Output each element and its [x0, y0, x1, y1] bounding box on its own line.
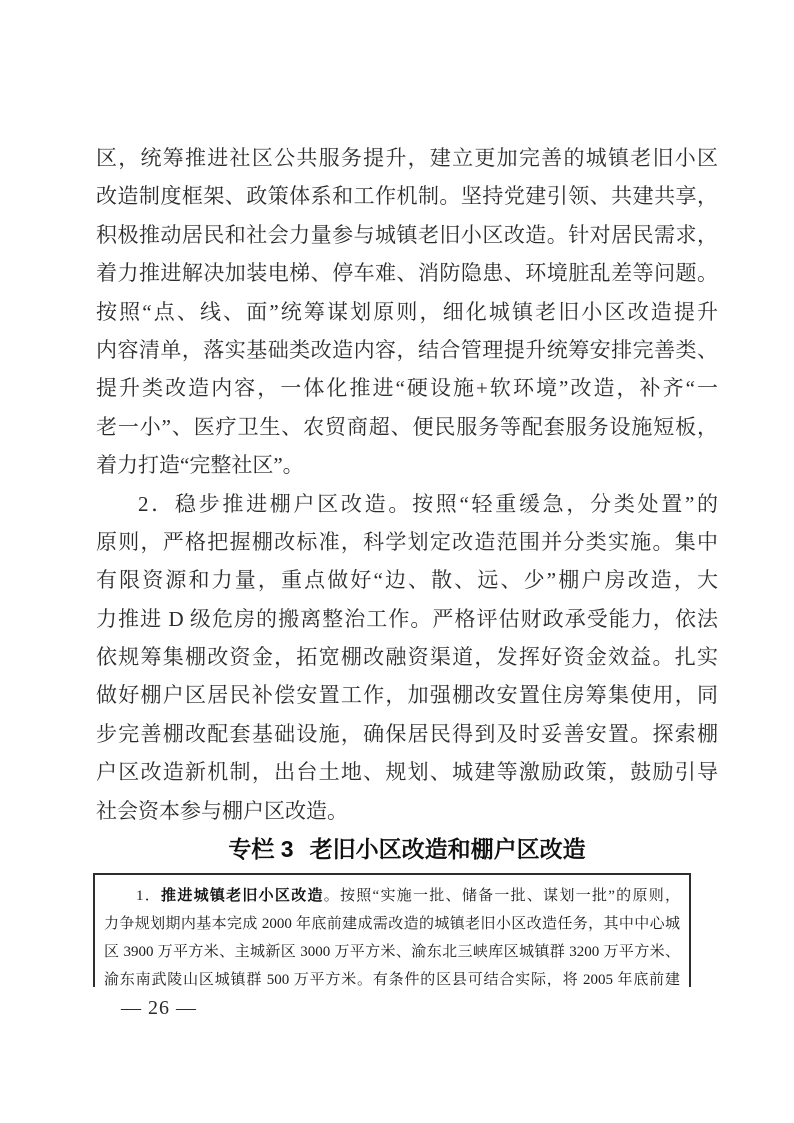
text-line: 户区改造新机制，出台土地、规划、城建等激励政策，鼓励引导 — [96, 753, 718, 791]
document-page: 区，统筹推进社区公共服务提升，建立更加完善的城镇老旧小区 改造制度框架、政策体系… — [0, 0, 794, 1123]
panel-line: 1．推进城镇老旧小区改造。按照“实施一批、储备一批、谋划一批”的原则， — [104, 882, 680, 910]
panel-heading: 专栏 3老旧小区改造和棚户区改造 — [96, 834, 718, 864]
text-line: 步完善棚改配套基础设施，确保居民得到及时妥善安置。探索棚 — [96, 715, 718, 753]
page-number: — 26 — — [121, 995, 197, 1021]
panel-line: 力争规划期内基本完成 2000 年底前建成需改造的城镇老旧小区改造任务，其中中心… — [104, 910, 680, 938]
text-line: 着力推进解决加装电梯、停车难、消防隐患、环境脏乱差等问题。 — [96, 254, 718, 292]
panel-heading-title: 老旧小区改造和棚户区改造 — [310, 836, 586, 862]
panel-item-number: 1． — [136, 888, 161, 904]
panel-item-lead: 推进城镇老旧小区改造 — [161, 888, 324, 904]
text-line: 原则，严格把握棚改标准，科学划定改造范围并分类实施。集中 — [96, 523, 718, 561]
panel-line: 区 3900 万平方米、主城新区 3000 万平方米、渝东北三峡库区城镇群 32… — [104, 938, 680, 966]
panel-box: 1．推进城镇老旧小区改造。按照“实施一批、储备一批、谋划一批”的原则， 力争规划… — [93, 873, 691, 987]
text-line: 做好棚户区居民补偿安置工作，加强棚改安置住房筹集使用，同 — [96, 676, 718, 714]
body-text: 区，统筹推进社区公共服务提升，建立更加完善的城镇老旧小区 改造制度框架、政策体系… — [96, 139, 718, 830]
paragraph-2: 2．稳步推进棚户区改造。按照“轻重缓急，分类处置”的 原则，严格把握棚改标准，科… — [96, 485, 718, 831]
panel-item-text: 。按照“实施一批、储备一批、谋划一批”的原则， — [324, 888, 680, 904]
text-line: 积极推动居民和社会力量参与城镇老旧小区改造。针对居民需求， — [96, 216, 718, 254]
text-line: 有限资源和力量，重点做好“边、散、远、少”棚户房改造，大 — [96, 561, 718, 599]
text-line: 按照“点、线、面”统筹谋划原则，细化城镇老旧小区改造提升 — [96, 293, 718, 331]
text-line: 改造制度框架、政策体系和工作机制。坚持党建引领、共建共享， — [96, 177, 718, 215]
text-line: 区，统筹推进社区公共服务提升，建立更加完善的城镇老旧小区 — [96, 139, 718, 177]
text-line: 老一小”、医疗卫生、农贸商超、便民服务等配套服务设施短板， — [96, 408, 718, 446]
paragraph-1: 区，统筹推进社区公共服务提升，建立更加完善的城镇老旧小区 改造制度框架、政策体系… — [96, 139, 718, 485]
text-line: 提升类改造内容，一体化推进“硬设施+软环境”改造，补齐“一 — [96, 369, 718, 407]
panel-heading-label: 专栏 3 — [228, 836, 293, 862]
text-line: 社会资本参与棚户区改造。 — [96, 792, 718, 830]
text-line: 2．稳步推进棚户区改造。按照“轻重缓急，分类处置”的 — [96, 485, 718, 523]
text-line: 力推进 D 级危房的搬离整治工作。严格评估财政承受能力，依法 — [96, 600, 718, 638]
panel-line: 渝东南武陵山区城镇群 500 万平方米。有条件的区县可结合实际，将 2005 年… — [104, 966, 680, 987]
text-line: 依规筹集棚改资金，拓宽棚改融资渠道，发挥好资金效益。扎实 — [96, 638, 718, 676]
text-line: 内容清单，落实基础类改造内容，结合管理提升统筹安排完善类、 — [96, 331, 718, 369]
text-line: 着力打造“完整社区”。 — [96, 446, 718, 484]
